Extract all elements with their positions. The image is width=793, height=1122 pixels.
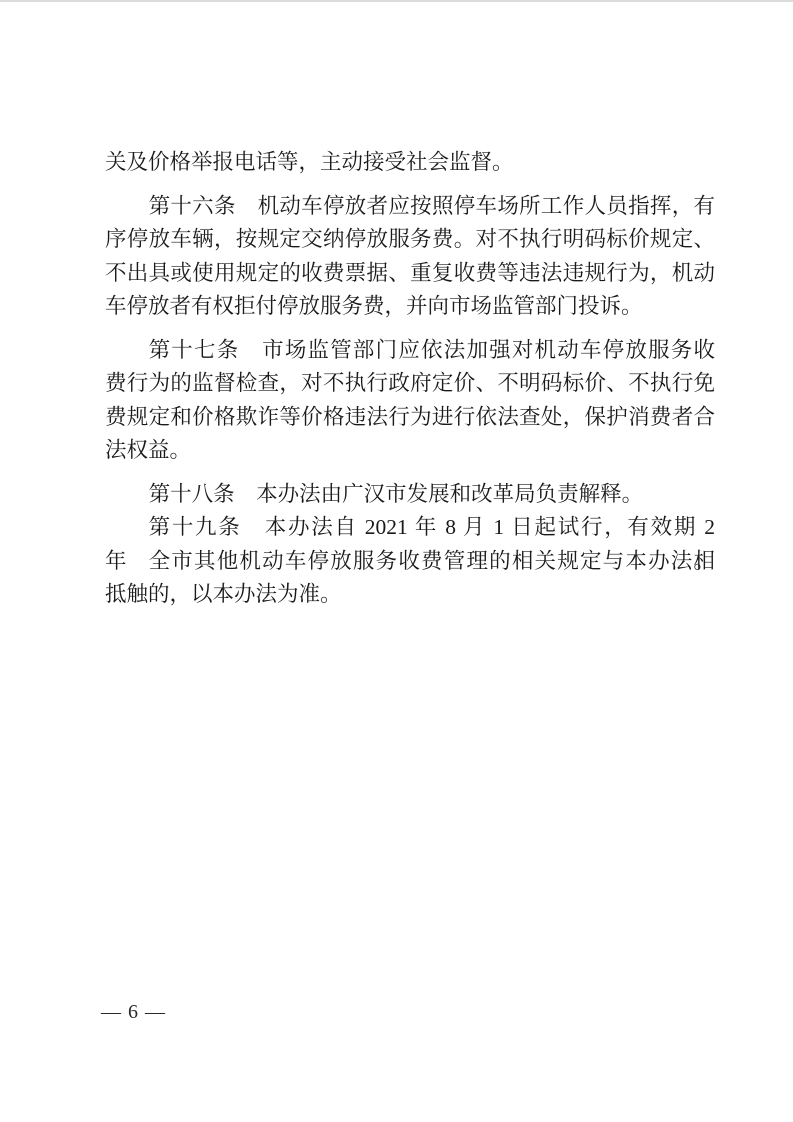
scan-edge-artifact [0, 0, 793, 2]
document-line: 序停放车辆，按规定交纳停放服务费。对不执行明码标价规定、 [105, 223, 715, 256]
document-line: 抵触的，以本办法为准。 [105, 578, 715, 611]
document-line: 法权益。 [105, 434, 715, 467]
document-line: 全市其他机动车停放服务收费管理的相关规定与本办法相 [105, 545, 715, 578]
document-line-article-19: 第十九条 本办法自 2021 年 8 月 1 日起试行，有效期 2 年。 [105, 511, 715, 544]
document-line-article-16: 第十六条 机动车停放者应按照停车场所工作人员指挥，有 [105, 190, 715, 223]
document-line: 不出具或使用规定的收费票据、重复收费等违法违规行为，机动 [105, 257, 715, 290]
document-line: 费行为的监督检查，对不执行政府定价、不明码标价、不执行免 [105, 367, 715, 400]
page-number: — 6 — [101, 999, 166, 1025]
document-line-article-17: 第十七条 市场监管部门应依法加强对机动车停放服务收 [105, 334, 715, 367]
document-page: 关及价格举报电话等，主动接受社会监督。 第十六条 机动车停放者应按照停车场所工作… [0, 0, 793, 1122]
document-line: 车停放者有权拒付停放服务费，并向市场监管部门投诉。 [105, 290, 715, 323]
document-line: 关及价格举报电话等，主动接受社会监督。 [105, 146, 715, 179]
document-line-article-18: 第十八条 本办法由广汉市发展和改革局负责解释。 [105, 478, 715, 511]
document-body: 关及价格举报电话等，主动接受社会监督。 第十六条 机动车停放者应按照停车场所工作… [105, 146, 715, 612]
document-line: 费规定和价格欺诈等价格违法行为进行依法查处，保护消费者合 [105, 401, 715, 434]
